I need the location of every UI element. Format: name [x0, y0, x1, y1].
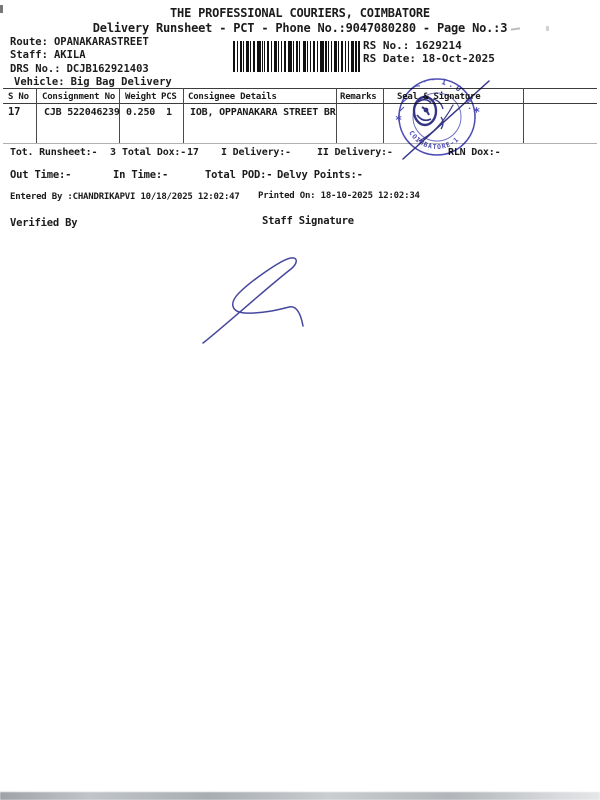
- route-value: OPANAKARASTREET: [54, 36, 149, 48]
- header-consignment-no: Consignment No: [42, 92, 115, 102]
- header-consignee-details: Consignee Details: [188, 92, 277, 102]
- header-s-no: S No: [8, 92, 29, 102]
- row-s-no: 17: [8, 106, 20, 118]
- header-weight: Weight: [125, 92, 156, 102]
- rs-no-row: RS No.:1629214: [363, 39, 462, 52]
- total-runsheet-value: 3: [110, 147, 116, 158]
- page-title: THE PROFESSIONAL COURIERS, COIMBATORE: [0, 6, 600, 20]
- row-consignment-no: CJB 522046239: [44, 107, 120, 118]
- out-time-label: Out Time:-: [10, 169, 71, 181]
- vehicle-row: Vehicle:Big Bag Delivery: [14, 76, 172, 88]
- table-bottom-border: [3, 143, 597, 144]
- bank-seal-stamp: I.O.B. COIMBATORE-1 * *: [389, 69, 485, 165]
- stamp-star-right: *: [473, 105, 480, 119]
- header-remarks: Remarks: [340, 92, 377, 102]
- table-col-line-5: [383, 88, 384, 143]
- rs-no-value: 1629214: [415, 39, 461, 52]
- printed-on-line: Printed On: 18-10-2025 12:02:34: [258, 191, 420, 201]
- ii-delivery-label: II Delivery:-: [317, 147, 393, 158]
- table-col-line-1: [36, 88, 37, 143]
- page-subtitle: Delivery Runsheet - PCT - Phone No.:9047…: [0, 21, 600, 35]
- total-dox-value: 17: [187, 147, 199, 158]
- table-col-line-6: [523, 88, 524, 143]
- delvy-points-label: Delvy Points:-: [277, 169, 363, 181]
- runsheet-document: THE PROFESSIONAL COURIERS, COIMBATORE De…: [0, 0, 600, 800]
- staff-label: Staff:: [10, 49, 48, 61]
- stamp-emblem-scribble: [414, 97, 443, 129]
- vehicle-value: Big Bag Delivery: [71, 76, 172, 88]
- total-runsheet-label: Tot. Runsheet:-: [10, 147, 97, 158]
- barcode: [233, 41, 361, 72]
- table-col-line-3: [183, 88, 184, 143]
- signature-stroke: [203, 258, 303, 343]
- row-consignee-details: IOB, OPPANAKARA STREET BR: [190, 107, 336, 118]
- staff-signature-label: Staff Signature: [262, 215, 354, 227]
- drs-label: DRS No.:: [10, 63, 61, 75]
- scan-edge-band: [0, 792, 600, 800]
- vehicle-label: Vehicle:: [14, 76, 65, 88]
- rs-no-label: RS No.:: [363, 39, 409, 52]
- i-delivery-label: I Delivery:-: [221, 147, 291, 158]
- staff-value: AKILA: [54, 49, 86, 61]
- table-header-border: [3, 103, 597, 104]
- route-row: Route:OPANAKARASTREET: [10, 36, 149, 48]
- row-weight: 0.250: [126, 107, 155, 118]
- drs-row: DRS No.:DCJB162921403: [10, 63, 149, 75]
- entered-by-line: Entered By :CHANDRIKAPVI 10/18/2025 12:0…: [10, 192, 240, 202]
- rs-date-label: RS Date:: [363, 52, 416, 65]
- total-pod-label: Total POD:-: [205, 169, 272, 181]
- table-col-line-4: [336, 88, 337, 143]
- handwritten-signature: [185, 245, 325, 350]
- rs-date-row: RS Date:18-Oct-2025: [363, 52, 495, 65]
- route-label: Route:: [10, 36, 48, 48]
- drs-value: DCJB162921403: [67, 63, 149, 75]
- verified-by-label: Verified By: [10, 217, 77, 229]
- staff-row: Staff:AKILA: [10, 49, 86, 61]
- rs-date-value: 18-Oct-2025: [422, 52, 495, 65]
- in-time-label: In Time:-: [113, 169, 168, 181]
- total-dox-label: Total Dox:-: [122, 147, 186, 158]
- header-pcs: PCS: [161, 92, 177, 102]
- stamp-star-left: *: [395, 113, 402, 127]
- row-pcs: 1: [166, 107, 172, 118]
- table-top-border: [3, 88, 597, 89]
